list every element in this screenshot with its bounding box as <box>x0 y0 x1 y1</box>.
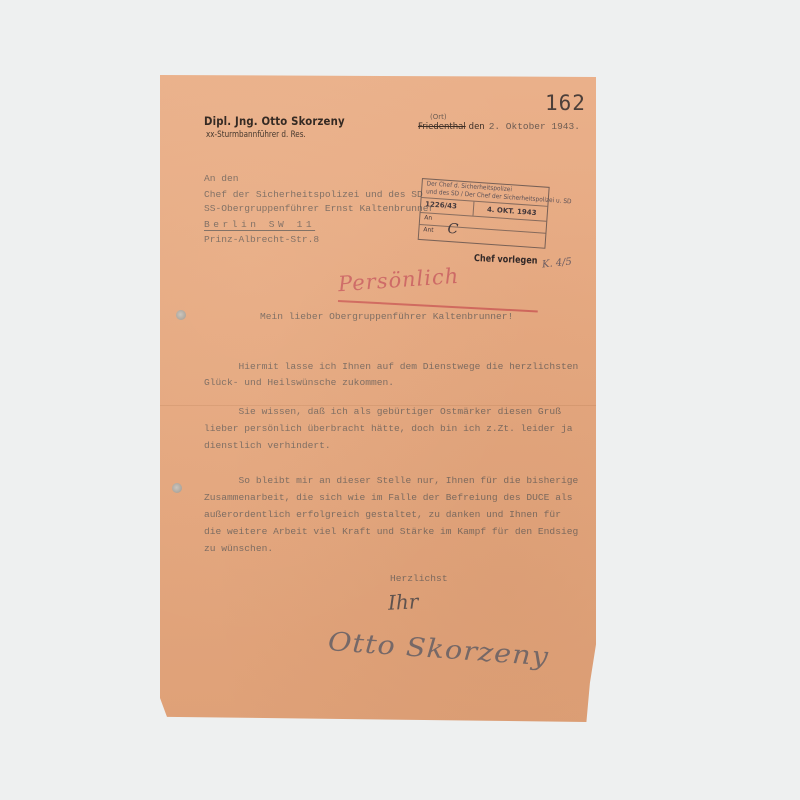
stamp-label-an: An <box>424 214 432 222</box>
paragraph-2-line-1: Sie wissen, daß ich als gebürtiger Ostmä… <box>204 406 561 417</box>
receipt-stamp: Der Chef d. Sicherheitspolizei und des S… <box>418 178 550 249</box>
paragraph-2-line-2: lieber persönlich überbracht hätte, doch… <box>204 423 572 434</box>
letter-sheet: 162 Dipl. Jng. Otto Skorzeny хх-Sturmban… <box>160 75 596 722</box>
letterhead-name: Dipl. Jng. Otto Skorzeny <box>204 114 345 128</box>
paragraph-1-line-2: Glück- und Heilswünsche zukommen. <box>204 377 394 388</box>
paragraph-1-line-1: Hiermit lasse ich Ihnen auf dem Dienstwe… <box>204 361 578 372</box>
punch-hole-bottom <box>172 483 182 493</box>
paragraph-3-line-3: außerordentlich erfolgreich gestaltet, z… <box>204 509 561 520</box>
closing: Herzlichst <box>390 573 448 584</box>
stamp-label-ant: Ant <box>423 226 434 234</box>
place-struck: Friedenthal <box>418 122 466 132</box>
letter-date: 2. Oktober 1943. <box>489 121 580 132</box>
place-note: (Ort) <box>430 113 447 121</box>
handwritten-red-annotation: Persönlich <box>337 264 460 296</box>
signature-ihr: Ihr <box>387 589 419 615</box>
chef-note: K. 4/5 <box>542 256 573 270</box>
signature-name: Otto Skorzeny <box>327 627 550 672</box>
stamp-journal-no: 1226/43 <box>425 200 457 210</box>
paragraph-3-line-1: So bleibt mir an dieser Stelle nur, Ihne… <box>204 475 578 486</box>
address-line-3: SS-Obergruppenführer Ernst Kaltenbrunner <box>204 203 434 214</box>
address-street: Prinz-Albrecht-Str.8 <box>204 234 319 245</box>
paragraph-3-line-5: zu wünschen. <box>204 543 273 554</box>
place-date-line: Friedenthalden2. Oktober 1943. <box>418 121 580 132</box>
stamp-rule <box>420 224 546 234</box>
stamp-received-date: 4. OKT. 1943 <box>487 206 537 217</box>
paragraph-2-line-3: dienstlich verhindert. <box>204 440 331 451</box>
paragraph-3-line-2: Zusammenarbeit, die sich wie im Falle de… <box>204 492 572 503</box>
letterhead-rank: хх-Sturmbannführer d. Res. <box>206 130 306 140</box>
chef-vorlegen-stamp: Chef vorlegen <box>474 253 538 267</box>
punch-hole-top <box>176 310 186 320</box>
salutation: Mein lieber Obergruppenführer Kaltenbrun… <box>260 311 513 322</box>
stamp-divider <box>472 202 474 216</box>
folio-number: 162 <box>545 91 586 115</box>
stamp-initial: C <box>447 221 459 238</box>
address-line-1: An den <box>204 173 239 184</box>
paragraph-3-line-4: die weitere Arbeit viel Kraft und Stärke… <box>204 526 578 537</box>
address-city: Berlin SW 11 <box>204 219 315 230</box>
place-connector: den <box>469 122 485 132</box>
address-line-2: Chef der Sicherheitspolizei und des SD <box>204 189 423 200</box>
photo-backdrop: 162 Dipl. Jng. Otto Skorzeny хх-Sturmban… <box>0 0 800 800</box>
